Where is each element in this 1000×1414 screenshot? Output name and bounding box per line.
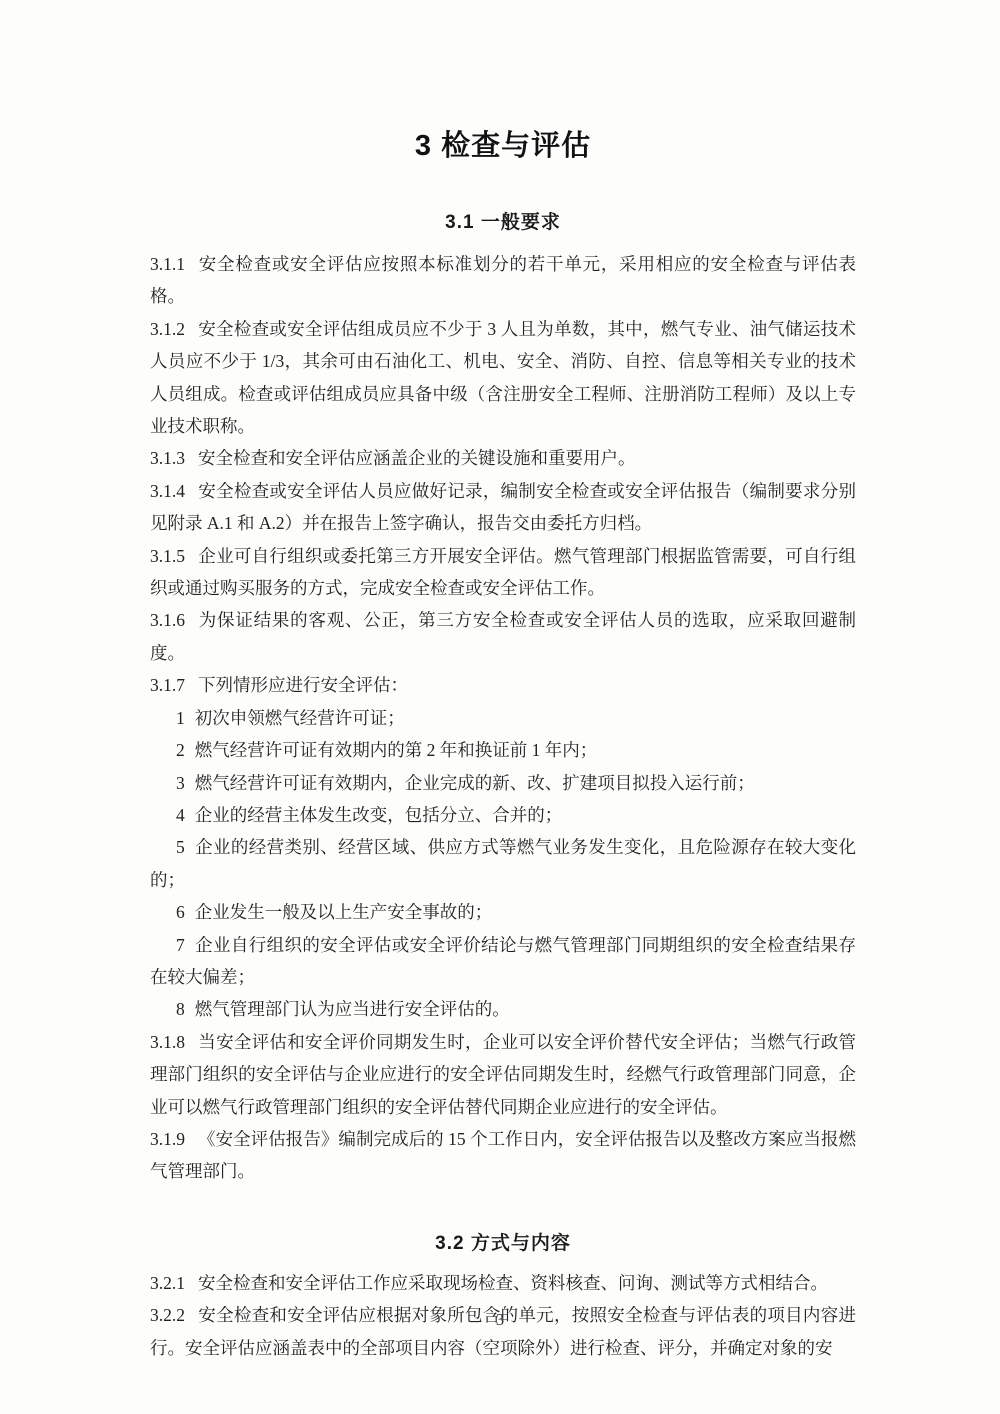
paragraph-3-1-1: 3.1.1安全检查或安全评估应按照本标准划分的若干单元，采用相应的安全检查与评估… (150, 248, 856, 313)
item-text: 燃气管理部门认为应当进行安全评估的。 (195, 999, 510, 1019)
chapter-title: 3 检查与评估 (150, 0, 856, 162)
item-number: 1 (176, 708, 185, 728)
clause-number: 3.1.4 (150, 481, 185, 501)
paragraph-3-1-6: 3.1.6为保证结果的客观、公正，第三方安全检查或安全评估人员的选取，应采取回避… (150, 604, 856, 669)
item-text: 企业发生一般及以上生产安全事故的； (195, 902, 493, 922)
clause-text: 安全检查和安全评估工作应采取现场检查、资料核查、问询、测试等方式相结合。 (198, 1273, 828, 1293)
clause-text: 当安全评估和安全评价同期发生时，企业可以安全评价替代安全评估；当燃气行政管理部门… (150, 1032, 856, 1117)
list-item-8: 8燃气管理部门认为应当进行安全评估的。 (150, 993, 856, 1025)
paragraph-3-1-9: 3.1.9《安全评估报告》编制完成后的 15 个工作日内，安全评估报告以及整改方… (150, 1123, 856, 1188)
list-item-6: 6企业发生一般及以上生产安全事故的； (150, 896, 856, 928)
list-item-7: 7企业自行组织的安全评估或安全评价结论与燃气管理部门同期组织的安全检查结果存在较… (150, 929, 856, 994)
item-text: 企业的经营主体发生改变，包括分立、合并的； (195, 805, 563, 825)
clause-number: 3.1.8 (150, 1032, 185, 1052)
list-item-5: 5企业的经营类别、经营区域、供应方式等燃气业务发生变化，且危险源存在较大变化的； (150, 831, 856, 896)
clause-text: 企业可自行组织或委托第三方开展安全评估。燃气管理部门根据监管需要，可自行组织或通… (150, 546, 856, 598)
clause-text: 安全检查或安全评估组成员应不少于 3 人且为单数，其中，燃气专业、油气储运技术人… (150, 319, 856, 436)
section-3-1-body: 3.1.1安全检查或安全评估应按照本标准划分的若干单元，采用相应的安全检查与评估… (150, 248, 856, 1188)
clause-text: 为保证结果的客观、公正，第三方安全检查或安全评估人员的选取，应采取回避制度。 (150, 610, 856, 662)
clause-number: 3.1.6 (150, 610, 185, 630)
item-text: 企业自行组织的安全评估或安全评价结论与燃气管理部门同期组织的安全检查结果存在较大… (150, 935, 856, 987)
list-item-4: 4企业的经营主体发生改变，包括分立、合并的； (150, 799, 856, 831)
list-item-2: 2燃气经营许可证有效期内的第 2 年和换证前 1 年内； (150, 734, 856, 766)
paragraph-3-1-7: 3.1.7下列情形应进行安全评估： (150, 669, 856, 701)
paragraph-3-1-8: 3.1.8当安全评估和安全评价同期发生时，企业可以安全评价替代安全评估；当燃气行… (150, 1026, 856, 1123)
clause-text: 安全检查和安全评估应涵盖企业的关键设施和重要用户。 (198, 448, 636, 468)
item-number: 7 (176, 935, 185, 955)
page-number: 3 (0, 1310, 1000, 1330)
item-number: 5 (176, 837, 185, 857)
item-number: 4 (176, 805, 185, 825)
item-number: 8 (176, 999, 185, 1019)
section-heading-3-2: 3.2 方式与内容 (150, 1234, 856, 1254)
clause-text: 安全检查或安全评估应按照本标准划分的若干单元，采用相应的安全检查与评估表格。 (150, 254, 856, 306)
clause-text: 安全检查或安全评估人员应做好记录，编制安全检查或安全评估报告（编制要求分别见附录… (150, 481, 856, 533)
document-page: 3 检查与评估 3.1 一般要求 3.1.1安全检查或安全评估应按照本标准划分的… (0, 0, 1000, 1414)
document-content: 3 检查与评估 3.1 一般要求 3.1.1安全检查或安全评估应按照本标准划分的… (150, 0, 856, 1364)
clause-number: 3.2.1 (150, 1273, 185, 1293)
section-heading-3-1: 3.1 一般要求 (150, 213, 856, 233)
paragraph-3-2-1: 3.2.1安全检查和安全评估工作应采取现场检查、资料核查、问询、测试等方式相结合… (150, 1267, 856, 1299)
clause-number: 3.1.5 (150, 546, 185, 566)
paragraph-3-1-5: 3.1.5企业可自行组织或委托第三方开展安全评估。燃气管理部门根据监管需要，可自… (150, 540, 856, 605)
clause-number: 3.1.2 (150, 319, 185, 339)
clause-text: 《安全评估报告》编制完成后的 15 个工作日内，安全评估报告以及整改方案应当报燃… (150, 1129, 856, 1181)
item-number: 3 (176, 773, 185, 793)
paragraph-3-2-2: 3.2.2安全检查和安全评估应根据对象所包含的单元，按照安全检查与评估表的项目内… (150, 1299, 856, 1364)
clause-number: 3.1.9 (150, 1129, 185, 1149)
clause-number: 3.1.3 (150, 448, 185, 468)
item-text: 企业的经营类别、经营区域、供应方式等燃气业务发生变化，且危险源存在较大变化的； (150, 837, 856, 889)
clause-text: 下列情形应进行安全评估： (198, 675, 408, 695)
list-item-3: 3燃气经营许可证有效期内，企业完成的新、改、扩建项目拟投入运行前； (150, 767, 856, 799)
item-text: 初次申领燃气经营许可证； (195, 708, 405, 728)
list-item-1: 1初次申领燃气经营许可证； (150, 702, 856, 734)
paragraph-3-1-4: 3.1.4安全检查或安全评估人员应做好记录，编制安全检查或安全评估报告（编制要求… (150, 475, 856, 540)
clause-number: 3.1.7 (150, 675, 185, 695)
item-text: 燃气经营许可证有效期内，企业完成的新、改、扩建项目拟投入运行前； (195, 773, 755, 793)
paragraph-3-1-3: 3.1.3安全检查和安全评估应涵盖企业的关键设施和重要用户。 (150, 442, 856, 474)
item-text: 燃气经营许可证有效期内的第 2 年和换证前 1 年内； (195, 740, 598, 760)
item-number: 2 (176, 740, 185, 760)
clause-number: 3.1.1 (150, 254, 185, 274)
item-number: 6 (176, 902, 185, 922)
paragraph-3-1-2: 3.1.2安全检查或安全评估组成员应不少于 3 人且为单数，其中，燃气专业、油气… (150, 313, 856, 443)
